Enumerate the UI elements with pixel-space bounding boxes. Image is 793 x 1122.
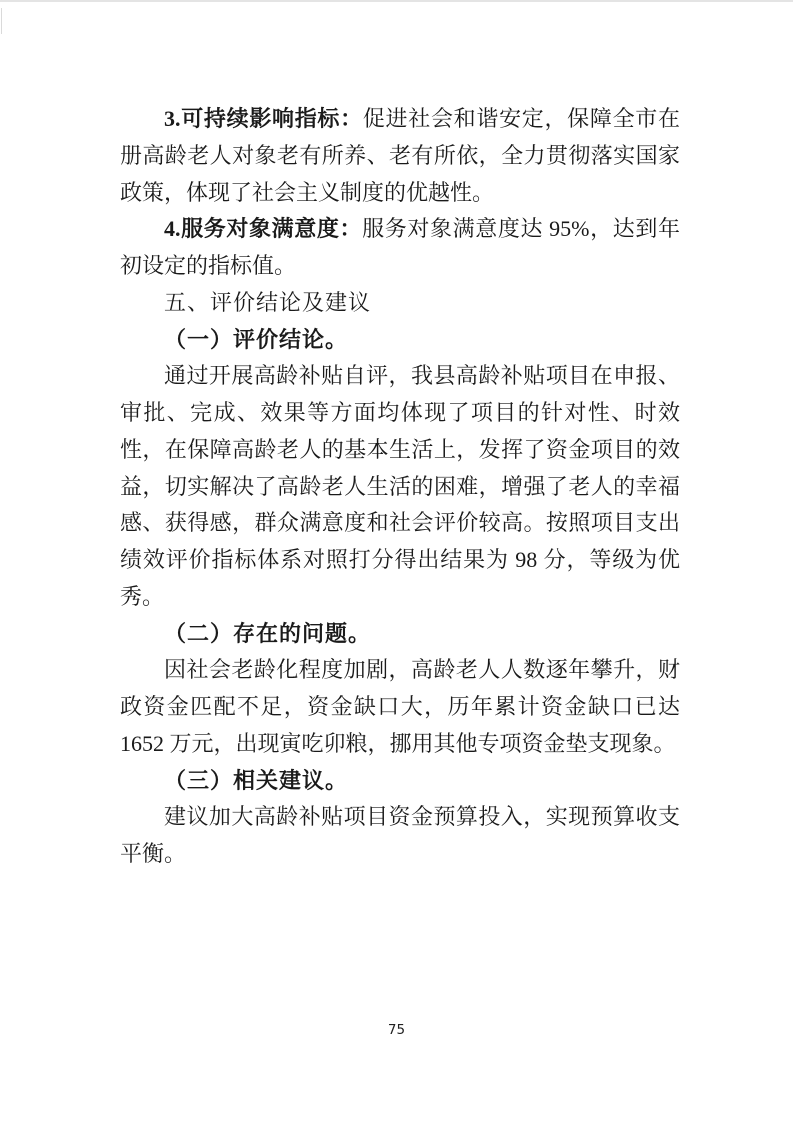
document-body: 3.可持续影响指标：促进社会和谐安定，保障全市在册高龄老人对象老有所养、老有所依… [120,101,680,873]
paragraph-lead-service-satisfaction: 4.服务对象满意度： [164,216,362,241]
paragraph-service-satisfaction-indicator: 4.服务对象满意度：服务对象满意度达 95%，达到年初设定的指标值。 [120,211,680,285]
subsection-heading-evaluation-conclusion: （一）评价结论。 [120,322,680,359]
document-page: 3.可持续影响指标：促进社会和谐安定，保障全市在册高龄老人对象老有所养、老有所依… [0,0,793,1122]
section-heading-conclusions-and-suggestions: 五、评价结论及建议 [120,285,680,322]
paragraph-lead-sustainable-impact: 3.可持续影响指标： [164,106,363,131]
subsection-heading-related-suggestions: （三）相关建议。 [120,763,680,800]
scan-edge-left [1,8,2,34]
scan-edge-top [0,0,793,2]
paragraph-sustainable-impact-indicator: 3.可持续影响指标：促进社会和谐安定，保障全市在册高龄老人对象老有所养、老有所依… [120,101,680,211]
paragraph-existing-problems: 因社会老龄化程度加剧，高龄老人人数逐年攀升，财政资金匹配不足，资金缺口大，历年累… [120,652,680,762]
paragraph-related-suggestions: 建议加大高龄补贴项目资金预算投入，实现预算收支平衡。 [120,799,680,873]
paragraph-evaluation-conclusion: 通过开展高龄补贴自评，我县高龄补贴项目在申报、审批、完成、效果等方面均体现了项目… [120,358,680,615]
subsection-heading-existing-problems: （二）存在的问题。 [120,616,680,653]
page-number: 75 [388,1022,405,1038]
page-footer: 75 [0,1021,793,1039]
